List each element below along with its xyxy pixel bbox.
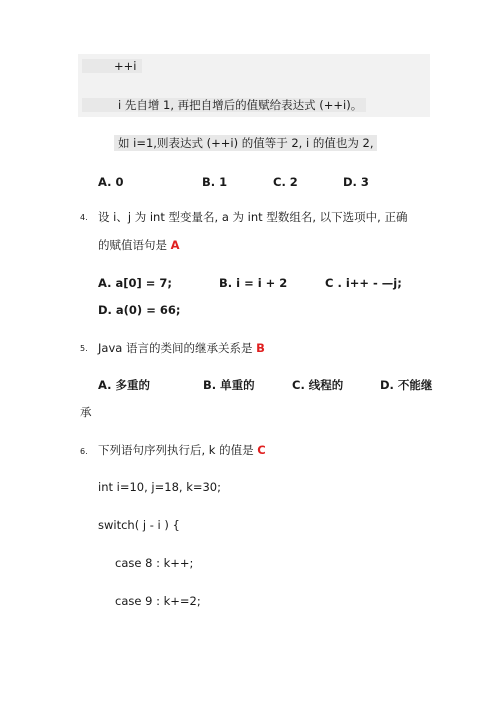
q6-answer: C xyxy=(257,443,265,457)
q5-option-a: A. 多重的 xyxy=(98,378,150,392)
q5-option-d: D. 不能继 xyxy=(380,378,432,392)
q5-option-b: B. 单重的 xyxy=(203,378,255,392)
q3-option-d: D. 3 xyxy=(343,175,369,189)
q6-number: 6. xyxy=(80,447,88,456)
q5-answer: B xyxy=(256,341,265,355)
q5-option-wrap: 承 xyxy=(80,405,92,419)
note-code: ++i xyxy=(114,59,136,73)
q6-code-line-2: switch( j - i ) { xyxy=(98,518,180,532)
q3-option-a: A. 0 xyxy=(98,175,124,189)
note-explanation-line: i 先自增 1, 再把自增后的值赋给表达式 (++i)。 xyxy=(82,98,366,112)
q6-code-line-1: int i=10, j=18, k=30; xyxy=(98,480,221,494)
q4-number: 4. xyxy=(80,213,88,222)
q4-option-a: A. a[0] = 7; xyxy=(98,276,172,290)
q4-text-line1: 设 i、j 为 int 型变量名, a 为 int 型数组名, 以下选项中, 正… xyxy=(98,210,407,224)
q4-text-line2: 的赋值语句是 A xyxy=(98,238,180,252)
q5-option-c: C. 线程的 xyxy=(292,378,343,392)
q4-answer: A xyxy=(171,238,180,252)
q3-option-c: C. 2 xyxy=(273,175,298,189)
q6-code-line-4: case 9 : k+=2; xyxy=(115,594,201,608)
q4-option-b: B. i = i + 2 xyxy=(219,276,287,290)
q6-code-line-3: case 8 : k++; xyxy=(115,556,193,570)
q3-option-b: B. 1 xyxy=(202,175,227,189)
q4-option-c: C . i++ - —j; xyxy=(325,276,402,290)
q5-number: 5. xyxy=(80,344,88,353)
q4-text: 的赋值语句是 xyxy=(98,238,167,252)
q6-text: 下列语句序列执行后, k 的值是 xyxy=(98,443,254,457)
q5-text-line: Java 语言的类间的继承关系是 B xyxy=(98,341,265,355)
q4-option-d: D. a(0) = 66; xyxy=(98,303,180,317)
note-code-line: ++i xyxy=(82,59,142,73)
q6-text-line: 下列语句序列执行后, k 的值是 C xyxy=(98,443,266,457)
q5-text: Java 语言的类间的继承关系是 xyxy=(98,341,252,355)
note-explanation: i 先自增 1, 再把自增后的值赋给表达式 (++i)。 xyxy=(118,98,362,112)
note-example: 如 i=1,则表达式 (++i) 的值等于 2, i 的值也为 2, xyxy=(114,135,377,151)
